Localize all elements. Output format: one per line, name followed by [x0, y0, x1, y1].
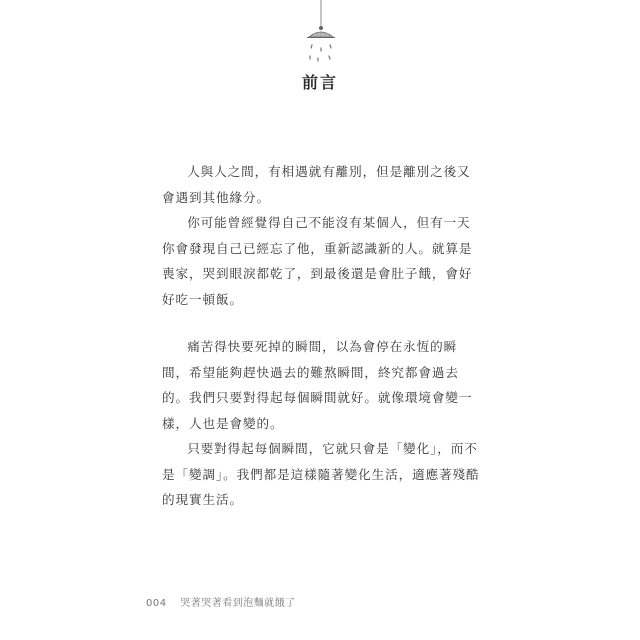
- hanging-lamp-icon: [299, 0, 343, 72]
- paragraph-2: 你可能曾經覺得自己不能沒有某個人，但有一天你會發現自己已經忘了他，重新認識新的人…: [162, 210, 480, 312]
- page-title: 前言: [0, 70, 640, 93]
- paragraph-3: 痛苦得快要死掉的瞬間，以為會停在永恆的瞬間，希望能夠趕快過去的難熬瞬間，終究都會…: [162, 334, 480, 436]
- paragraph-4: 只要對得起每個瞬間，它就只會是「變化」，而不是「變調」。我們都是這樣隨著變化生活…: [162, 436, 480, 513]
- page-footer: 004 哭著哭著看到泡麵就餓了: [146, 594, 296, 609]
- page-number: 004: [146, 598, 167, 609]
- body-text: 人與人之間，有相遇就有離別，但是離別之後又會遇到其他緣分。 你可能曾經覺得自己不…: [162, 159, 480, 513]
- running-title: 哭著哭著看到泡麵就餓了: [180, 598, 296, 609]
- paragraph-1: 人與人之間，有相遇就有離別，但是離別之後又會遇到其他緣分。: [162, 159, 480, 210]
